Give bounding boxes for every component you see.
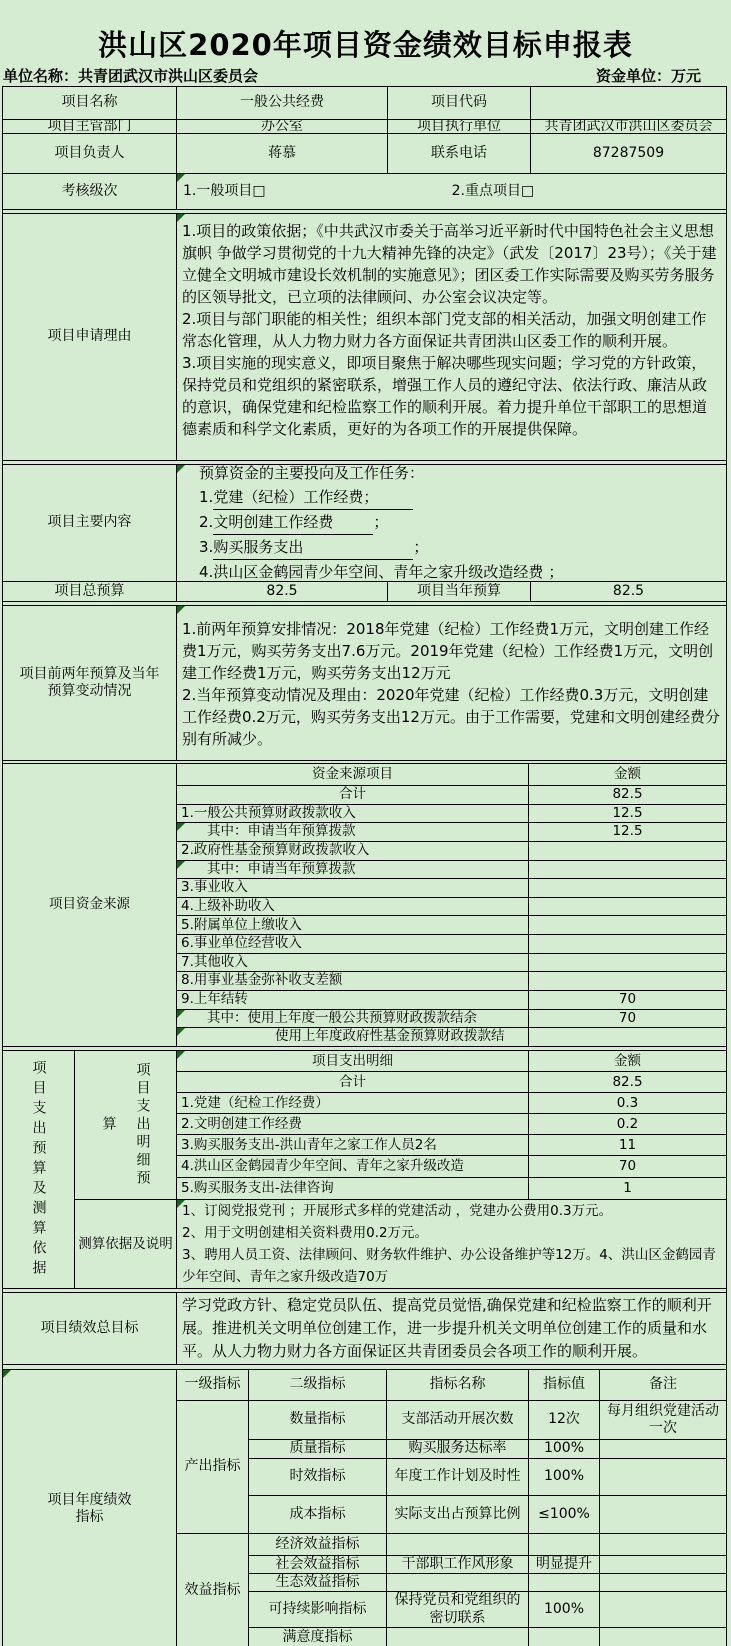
apply-reason-text: 1.项目的政策依据；《中共武汉市委关于高举习近平新时代中国特色社会主义思想旗帜 … [177, 214, 726, 461]
funding-row-amount [529, 935, 726, 954]
indicator-name: 年度工作计划及时性 [387, 1459, 529, 1496]
level-options: 1.一般项目□ 2.重点项目□ [177, 174, 726, 210]
year-budget-value: 82.5 [531, 582, 726, 602]
funding-row-item: 1.一般公共预算财政拨款收入 [177, 805, 529, 824]
indicator-l2: 时效指标 [249, 1459, 387, 1496]
group-benefit: 效益指标 [177, 1534, 249, 1646]
form-table: 项目名称 一般公共经费 项目代码 项目主管部门 办公室 项目执行单位 共青团武汉… [2, 86, 727, 1646]
indicator-note [600, 1556, 726, 1574]
indicator-name: 支部活动开展次数 [387, 1401, 529, 1440]
expense-row-amount: 0.2 [529, 1114, 726, 1135]
prev-budget-label: 项目前两年预算及当年 预算变动情况 [3, 606, 177, 761]
expense-detail-label: 项目支出明细预算 [75, 1051, 177, 1200]
level-option-key: 2.重点项目□ [452, 183, 535, 201]
header-value: 指标值 [529, 1370, 600, 1401]
funding-col-amount: 金额 [529, 764, 726, 786]
indicator-value: 100% [529, 1592, 600, 1628]
expense-outer-label: 项目支出预算及测算依据 [3, 1051, 75, 1289]
indicator-note [600, 1534, 726, 1556]
indicator-value: 12次 [529, 1401, 600, 1440]
funding-row-amount: 82.5 [529, 786, 726, 805]
basis-label: 测算依据及说明 [75, 1200, 177, 1289]
apply-reason-section: 项目申请理由 1.项目的政策依据；《中共武汉市委关于高举习近平新时代中国特色社会… [3, 214, 726, 461]
project-name-label: 项目名称 [3, 87, 177, 120]
expense-row-item: 2.文明创建工作经费 [177, 1114, 529, 1135]
year-budget-label: 项目当年预算 [388, 582, 531, 602]
main-content-item: 4.洪山区金鹤园青少年空间、青年之家升级改造经费； [199, 560, 563, 582]
annual-indicators-section: 项目年度绩效 指标 一级指标 二级指标 指标名称 指标值 备注 产出指标 数量指… [3, 1370, 726, 1646]
indicator-name [387, 1574, 529, 1592]
indicator-value [529, 1534, 600, 1556]
indicator-value: 100% [529, 1459, 600, 1496]
funding-row-amount [529, 916, 726, 935]
form-title: 洪山区2020年项目资金绩效目标申报表 [0, 20, 731, 66]
main-content-item: 1.党建（纪检）工作经费； [199, 485, 413, 510]
project-code-label: 项目代码 [388, 87, 531, 120]
expense-row-item: 5.购买服务支出-法律咨询 [177, 1178, 529, 1200]
indicator-note [600, 1496, 726, 1534]
project-name-value: 一般公共经费 [177, 87, 388, 120]
indicator-name [387, 1534, 529, 1556]
funding-row-amount: 12.5 [529, 823, 726, 842]
indicator-l2: 经济效益指标 [249, 1534, 387, 1556]
funding-row-amount [529, 879, 726, 898]
expense-row-amount: 82.5 [529, 1072, 726, 1093]
leader-label: 项目负责人 [3, 134, 177, 174]
indicator-l2: 数量指标 [249, 1401, 387, 1440]
funding-row-amount: 70 [529, 991, 726, 1010]
unit-line: 单位名称：共青团武汉市洪山区委员会 资金单位：万元 [0, 66, 731, 86]
main-content-body: 预算资金的主要投向及工作任务： 1.党建（纪检）工作经费； 2.文明创建工作经费… [177, 465, 726, 582]
indicator-name: 干部职工作风形象 [387, 1556, 529, 1574]
indicator-name: 购买服务达标率 [387, 1440, 529, 1459]
indicator-name [387, 1628, 529, 1646]
expense-col-item: 项目支出明细 [177, 1051, 529, 1072]
funding-row-amount: 12.5 [529, 805, 726, 824]
funding-row-item: 9.上年结转 [177, 991, 529, 1010]
header-note: 备注 [600, 1370, 726, 1401]
funding-row-amount [529, 972, 726, 991]
expense-row-item: 4.洪山区金鹤园青少年空间、青年之家升级改造 [177, 1156, 529, 1178]
apply-reason-label: 项目申请理由 [3, 214, 177, 461]
indicator-l2: 质量指标 [249, 1440, 387, 1459]
header-level2: 二级指标 [249, 1370, 387, 1401]
expense-row-item: 3.购买服务支出-洪山青年之家工作人员2名 [177, 1135, 529, 1156]
basis-text: 1、订阅党报党刊 ；开展形式多样的党建活动 ，党建办公费用0.3万元。 2、用于… [177, 1200, 726, 1289]
expense-col-amount: 金额 [529, 1051, 726, 1072]
funding-row-item: 合计 [177, 786, 529, 805]
indicator-l2: 成本指标 [249, 1496, 387, 1534]
indicator-l2: 可持续影响指标 [249, 1592, 387, 1628]
indicator-note [600, 1592, 726, 1628]
indicator-note [600, 1459, 726, 1496]
budget-row: 项目总预算 82.5 项目当年预算 82.5 [3, 582, 726, 602]
funding-row-item: 4.上级补助收入 [177, 898, 529, 917]
project-code-value [531, 87, 726, 120]
expense-row-item: 1.党建（纪检工作经费） [177, 1093, 529, 1114]
expense-row-amount: 1 [529, 1178, 726, 1200]
indicator-note [600, 1628, 726, 1646]
funding-col-item: 资金来源项目 [177, 764, 529, 786]
group-output: 产出指标 [177, 1401, 249, 1534]
funding-row-item: 其中：申请当年预算拨款 [177, 823, 529, 842]
main-content-section: 项目主要内容 预算资金的主要投向及工作任务： 1.党建（纪检）工作经费； 2.文… [3, 465, 726, 582]
expense-row-amount: 70 [529, 1156, 726, 1178]
main-content-item: 3.购买服务支出； [199, 535, 428, 560]
indicator-value: 明显提升 [529, 1556, 600, 1574]
funding-row-item: 使用上年度政府性基金预算财政拨款结 [177, 1028, 529, 1047]
spreadsheet-page: 洪山区2020年项目资金绩效目标申报表 单位名称：共青团武汉市洪山区委员会 资金… [0, 0, 731, 1646]
funding-source-section: 项目资金来源 资金来源项目 金额 合计 82.5 1.一般公共预算财政拨款收入 … [3, 764, 726, 1047]
funding-row-amount [529, 1028, 726, 1047]
dept-value: 办公室 [177, 120, 388, 134]
phone-value: 87287509 [531, 134, 726, 174]
indicator-l2: 生态效益指标 [249, 1574, 387, 1592]
funding-row-amount [529, 898, 726, 917]
expense-row-item: 合计 [177, 1072, 529, 1093]
prev-budget-section: 项目前两年预算及当年 预算变动情况 1.前两年预算安排情况：2018年党建（纪检… [3, 606, 726, 761]
indicator-note [600, 1440, 726, 1459]
basic-info-section: 项目名称 一般公共经费 项目代码 项目主管部门 办公室 项目执行单位 共青团武汉… [3, 87, 726, 174]
funding-row-item: 5.附属单位上缴收入 [177, 916, 529, 935]
indicators-label: 项目年度绩效 指标 [3, 1370, 177, 1646]
unit-name: 单位名称：共青团武汉市洪山区委员会 [3, 65, 258, 86]
header-level1: 一级指标 [177, 1370, 249, 1401]
funding-row-item: 2.政府性基金预算财政拨款收入 [177, 842, 529, 861]
indicator-value: ≤100% [529, 1496, 600, 1534]
indicator-note [600, 1574, 726, 1592]
funding-row-item: 7.其他收入 [177, 954, 529, 973]
prev-budget-text: 1.前两年预算安排情况：2018年党建（纪检）工作经费1万元，文明创建工作经费1… [177, 606, 726, 761]
funding-row-item: 8.用事业基金弥补收支差额 [177, 972, 529, 991]
indicator-l2: 满意度指标 [249, 1628, 387, 1646]
funding-row-item: 3.事业收入 [177, 879, 529, 898]
expense-row-amount: 0.3 [529, 1093, 726, 1114]
indicator-l2: 社会效益指标 [249, 1556, 387, 1574]
funding-row-item: 其中：申请当年预算拨款 [177, 861, 529, 880]
level-option-general: 1.一般项目□ [183, 183, 266, 201]
funding-row-item: 6.事业单位经营收入 [177, 935, 529, 954]
exec-unit-label: 项目执行单位 [388, 120, 531, 134]
indicator-value [529, 1574, 600, 1592]
assessment-level-section: 考核级次 1.一般项目□ 2.重点项目□ [3, 174, 726, 210]
indicator-value [529, 1628, 600, 1646]
main-content-label: 项目主要内容 [3, 465, 177, 582]
funding-row-item: 其中：使用上年度一般公共预算财政拨款结余 [177, 1010, 529, 1029]
fund-unit: 资金单位：万元 [596, 65, 701, 86]
main-content-intro: 预算资金的主要投向及工作任务： [199, 465, 424, 485]
funding-label: 项目资金来源 [3, 764, 177, 1047]
funding-row-amount [529, 954, 726, 973]
indicator-note: 每月组织党建活动一次 [600, 1401, 726, 1440]
indicator-name: 实际支出占预算比例 [387, 1496, 529, 1534]
expense-section: 项目支出预算及测算依据 项目支出明细预算 项目支出明细 金额 合计 82.5 1… [3, 1051, 726, 1289]
main-content-item: 2.文明创建工作经费； [199, 510, 388, 535]
level-label: 考核级次 [3, 174, 177, 210]
expense-row-amount: 11 [529, 1135, 726, 1156]
indicator-name: 保持党员和党组织的密切联系 [387, 1592, 529, 1628]
total-budget-value: 82.5 [177, 582, 388, 602]
indicator-value: 100% [529, 1440, 600, 1459]
dept-label: 项目主管部门 [3, 120, 177, 134]
overall-goal-label: 项目绩效总目标 [3, 1293, 177, 1365]
leader-value: 蒋慕 [177, 134, 388, 174]
funding-row-amount [529, 842, 726, 861]
overall-goal-section: 项目绩效总目标 学习党政方针、稳定党员队伍、提高党员觉悟,确保党建和纪检监察工作… [3, 1293, 726, 1365]
funding-row-amount: 70 [529, 1010, 726, 1029]
funding-row-amount [529, 861, 726, 880]
header-name: 指标名称 [387, 1370, 529, 1401]
overall-goal-text: 学习党政方针、稳定党员队伍、提高党员觉悟,确保党建和纪检监察工作的顺利开展。推进… [177, 1293, 726, 1365]
total-budget-label: 项目总预算 [3, 582, 177, 602]
exec-unit-value: 共青团武汉市洪山区委员会 [531, 120, 726, 134]
phone-label: 联系电话 [388, 134, 531, 174]
